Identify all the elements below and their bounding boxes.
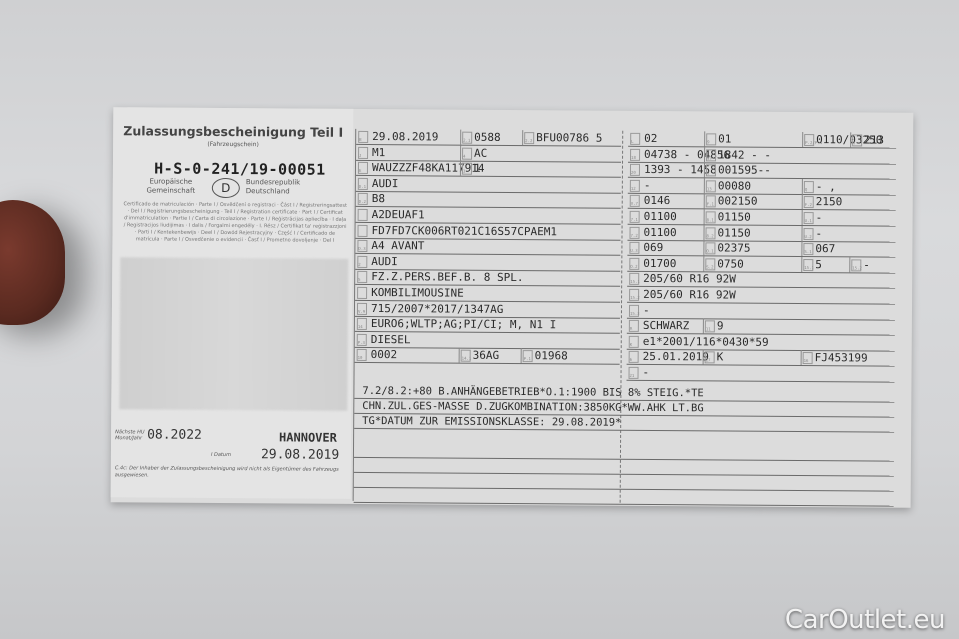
cell-divider	[802, 210, 803, 225]
field-code-box: T	[852, 134, 862, 146]
field-value: FD7FD7CK006RT021C16S57CPAEM1	[371, 223, 557, 240]
field-code-box: 15.1	[803, 259, 813, 271]
field-value: 001595--	[718, 163, 771, 179]
field-value: A2DEUAF1	[372, 207, 425, 223]
cell-divider	[460, 145, 461, 160]
document-subtitle: (Fahrzeugschein)	[113, 140, 353, 149]
field-code-box: 11	[705, 321, 715, 333]
field-value: AUDI	[372, 176, 399, 192]
field-value: 01100	[644, 209, 677, 225]
field-value: AUDI	[371, 254, 398, 270]
field-code-box	[357, 287, 367, 299]
field-value: - ,	[816, 179, 836, 195]
issue-date: 29.08.2019	[261, 447, 339, 463]
cell-divider	[801, 241, 802, 256]
issuing-city: HANNOVER	[279, 430, 337, 444]
field-value: 069	[643, 240, 663, 256]
next-inspection-date: 08.2022	[147, 427, 202, 442]
field-value: -	[815, 226, 822, 242]
field-value: 213	[864, 132, 884, 148]
field-code-box: 2.2	[524, 132, 534, 144]
field-code-box: 15.2	[851, 259, 861, 271]
registration-certificate: Zulassungsbescheinigung Teil I (Fahrzeug…	[111, 107, 914, 508]
field-code-box: O.1	[705, 243, 715, 255]
field-code-box: J	[358, 147, 368, 159]
field-code-box: 17	[705, 352, 715, 364]
field-code-box: 15.3	[629, 304, 639, 316]
field-code-box: V.7	[630, 195, 640, 207]
field-code-box: L	[630, 133, 640, 145]
field-value: K	[717, 350, 724, 366]
caroutlet-watermark: CarOutlet.eu	[785, 605, 945, 635]
empty-line	[354, 488, 894, 507]
field-value: 01150	[718, 209, 751, 225]
field-code-box: F.1	[706, 196, 716, 208]
cell-divider	[703, 256, 704, 271]
remarks-field: 7.2/8.2:+80 B.ANHÄNGEBETRIEB*O.1:1900 BI…	[354, 384, 894, 433]
field-value: DIESEL	[371, 332, 411, 348]
field-value: -	[816, 210, 823, 226]
field-row: 10000214.136AGP.101968	[355, 347, 620, 365]
field-code-box: D.2	[358, 193, 368, 205]
cell-divider	[802, 179, 803, 194]
cell-divider	[704, 209, 705, 224]
field-value: 715/2007*2017/1347AG	[371, 301, 504, 318]
field-code-box: V.9	[357, 303, 367, 315]
cell-divider	[850, 132, 851, 147]
cell-divider	[801, 350, 802, 365]
field-code-box: 18	[630, 148, 640, 160]
field-value: -	[642, 365, 649, 381]
field-code-box: 14	[357, 318, 367, 330]
field-code-box: 14.1	[461, 350, 471, 362]
field-value: 205/60 R16 92W	[643, 287, 736, 304]
field-value: -	[863, 257, 870, 273]
cell-divider	[849, 257, 850, 272]
field-value: 02	[644, 131, 657, 147]
holder-note: C.4c: Der Inhaber der Zulassungsbeschein…	[115, 465, 345, 481]
field-code-box: S.1	[803, 243, 813, 255]
field-row: 21-	[626, 365, 894, 383]
field-value: A4 AVANT	[371, 238, 424, 254]
field-code-box: O.2	[629, 258, 639, 270]
field-code-box: 3	[462, 163, 472, 175]
cell-divider	[703, 350, 704, 365]
next-inspection-label: Nächste HU Monat/Jahr	[115, 429, 145, 441]
field-code-box: D.3	[357, 240, 367, 252]
field-code-box: 4	[462, 147, 472, 159]
cell-divider	[522, 130, 523, 145]
field-code-box: 13	[706, 180, 716, 192]
field-code-box: 20	[630, 164, 640, 176]
cell-divider	[703, 225, 704, 240]
field-value: 02375	[717, 241, 750, 257]
field-value: 01150	[717, 225, 750, 241]
field-code-box: U.2	[803, 228, 813, 240]
field-code-box: K	[629, 336, 639, 348]
field-value: 01	[718, 131, 731, 147]
field-code-box: 12	[630, 180, 640, 192]
field-value: -	[643, 303, 650, 319]
field-value: 1842 - -	[718, 147, 771, 163]
field-value: 067	[815, 241, 835, 257]
field-code-box: 8.2	[705, 227, 715, 239]
eu-label: Europäische Gemeinschaft	[141, 177, 201, 195]
redacted-owner-block	[119, 257, 348, 411]
field-code-box: S.2	[705, 258, 715, 270]
field-value: SCHWARZ	[643, 318, 689, 334]
cell-divider	[521, 348, 522, 363]
field-value: 29.08.2019	[372, 129, 438, 145]
field-code-box: 8.1	[706, 211, 716, 223]
country-code-badge: D	[212, 178, 240, 198]
field-value: 0002	[371, 347, 398, 363]
field-code-box: E	[358, 162, 368, 174]
field-value: B8	[372, 191, 385, 207]
field-code-box: R	[629, 320, 639, 332]
cell-divider	[801, 226, 802, 241]
cell-divider	[801, 257, 802, 272]
cell-divider	[802, 194, 803, 209]
field-code-box: 15.1	[629, 273, 639, 285]
field-code-box: 7.1	[630, 211, 640, 223]
field-value: 9	[717, 319, 724, 335]
field-value: 002150	[718, 194, 758, 210]
field-code-box: 19	[706, 149, 716, 161]
cover-section: Zulassungsbescheinigung Teil I (Fahrzeug…	[111, 107, 354, 499]
field-value: 36AG	[473, 348, 500, 364]
field-code-box	[358, 209, 368, 221]
field-code-box: 2	[357, 256, 367, 268]
field-code-box: 21	[629, 367, 639, 379]
thumb	[0, 200, 65, 325]
field-code-box: D.1	[358, 178, 368, 190]
country-label: Bundesrepublik Deutschland	[246, 178, 316, 196]
cell-divider	[460, 161, 461, 176]
cell-divider	[704, 147, 705, 162]
field-code-box: B	[358, 131, 368, 143]
field-value: 00080	[718, 178, 751, 194]
field-code-box: U.1	[804, 212, 814, 224]
field-value: BFU00786 5	[536, 130, 602, 146]
cell-divider	[802, 132, 803, 147]
cell-divider	[704, 194, 705, 209]
field-value: 1	[474, 161, 481, 177]
vehicle-data-grid: B29.08.20192.105882.2BFU00786 5JM14ACEWA…	[353, 129, 907, 505]
field-value: e1*2001/116*0430*59	[643, 334, 769, 351]
remarks-line: TG*DATUM ZUR EMISSIONSKLASSE: 29.08.2019…	[354, 414, 894, 433]
field-value: 0146	[644, 193, 671, 209]
cell-divider	[704, 163, 705, 178]
field-value: KOMBILIMOUSINE	[371, 285, 464, 302]
field-code-box: 16	[803, 352, 813, 364]
field-value: FJ453199	[815, 351, 868, 367]
document-number: H-S-0-241/19-00051	[127, 159, 353, 179]
cell-divider	[459, 348, 460, 363]
document-title: Zulassungsbescheinigung Teil I	[113, 123, 353, 140]
field-code-box: P.2/P.4	[804, 134, 814, 146]
field-code-box: 2.1	[462, 132, 472, 144]
field-code-box: 9	[706, 133, 716, 145]
cell-divider	[460, 130, 461, 145]
field-value: 5	[815, 257, 822, 273]
field-value: AC	[474, 145, 487, 161]
field-code-box: 15.2	[629, 289, 639, 301]
field-value: M1	[372, 145, 385, 161]
field-value: EURO6;WLTP;AG;PI/CI; M, N1 I	[371, 316, 557, 333]
field-code-box: 5	[357, 271, 367, 283]
field-value: 01968	[535, 349, 568, 365]
field-code-box: F.2	[804, 196, 814, 208]
cell-divider	[703, 241, 704, 256]
field-code-box: P.3	[357, 334, 367, 346]
field-code-box: 10	[357, 349, 367, 361]
cell-divider	[703, 319, 704, 334]
field-code-box: U.3	[629, 242, 639, 254]
field-code-box: G	[706, 165, 716, 177]
field-value: 0750	[717, 256, 744, 272]
field-value: FZ.Z.PERS.BEF.B. 8 SPL.	[371, 269, 523, 286]
cell-divider	[704, 178, 705, 193]
multilingual-caption: Certificado de matriculación · Parte I /…	[122, 201, 347, 245]
cell-divider	[704, 131, 705, 146]
field-code-box	[357, 225, 367, 237]
field-value: -	[644, 178, 651, 194]
field-code-box: Q	[804, 181, 814, 193]
field-value: 205/60 R16 92W	[643, 271, 736, 288]
field-value: 01100	[643, 225, 676, 241]
issue-date-label: I Datum	[211, 452, 231, 458]
field-code-box: 6	[629, 351, 639, 363]
field-value: 2150	[816, 195, 843, 211]
field-code-box: 7.2	[629, 226, 639, 238]
field-code-box: P.1	[523, 350, 533, 362]
field-value: 01700	[643, 256, 676, 272]
field-value: 25.01.2019	[643, 349, 709, 365]
field-value: 0588	[474, 130, 501, 146]
